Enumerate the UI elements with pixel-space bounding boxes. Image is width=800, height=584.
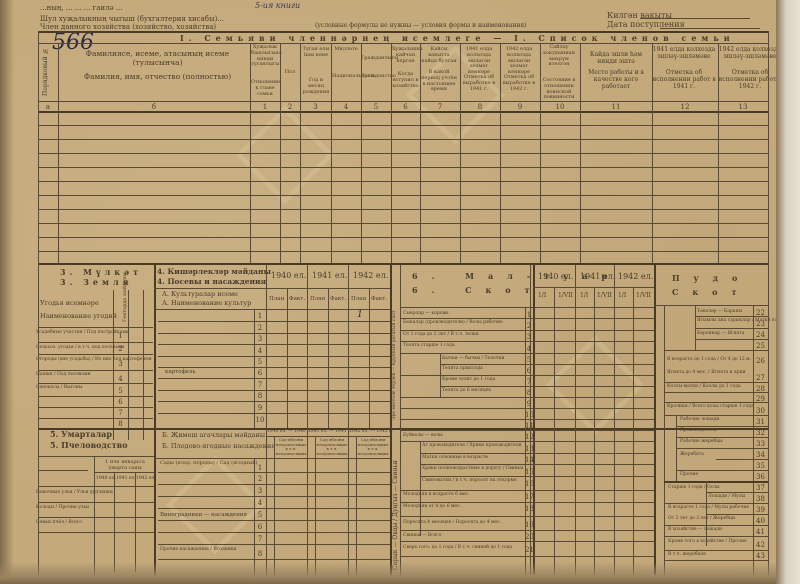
col-number: б (58, 103, 250, 111)
livestock2-row-num: 42 (753, 541, 768, 549)
crop-row-num: 8 (254, 392, 266, 400)
crop-row-num: 6 (254, 369, 266, 377)
col-number: 5 (361, 103, 391, 111)
section1-title: I. Семьяви членнәрнең исемлеге — I. Спис… (180, 34, 735, 43)
livestock2-row-label: Прочие (680, 472, 698, 477)
livestock-row-label: Телята старше 1 года (403, 343, 455, 348)
table-row (158, 559, 390, 560)
livestock2-row-num: 32 (753, 429, 768, 437)
table-row (38, 139, 768, 140)
grid-line (114, 472, 115, 572)
livestock-row-num: 21 (525, 546, 533, 554)
livestock-row-label: Телята до 6 месяцев (442, 388, 491, 393)
livestock-row-label: Бычки — бычки / Телочки (442, 356, 505, 361)
fruit-row-label: Сады (плод. породы) / Сад (ягодный) (160, 461, 258, 467)
livestock2-row-num: 31 (753, 418, 768, 426)
crop-row-num: 9 (254, 404, 266, 412)
crop-subcol: Факт. (330, 296, 346, 302)
fruit-subcol: Сад яблони плодоносящие в т.ч. плодонося… (275, 438, 307, 456)
grid-line (38, 470, 88, 471)
livestock-side-label: Эре мөгезле терлек — Крупный рогатый ско… (392, 300, 397, 420)
livestock2-row-num: 34 (753, 451, 768, 459)
col-b-header-ru: Фамилия, имя, отчество (полностью) (65, 73, 250, 82)
grid-line (664, 305, 665, 575)
livestock2-row-num: 38 (753, 495, 768, 503)
table-row (158, 321, 390, 322)
col-12-header-ru: Отметка об исполнении работ в 1941 г. (652, 70, 716, 91)
livestock2-row-label: Кроме того в хозяйстве / Прочие (668, 539, 747, 544)
table-row (420, 453, 654, 454)
col-number: 7 (420, 103, 460, 111)
table-row (716, 459, 768, 460)
col-8-header-tt: 1941 елда колхозда эшләгән хезмәт көннәр… (460, 47, 498, 76)
table-row (158, 344, 390, 345)
table-row (706, 492, 768, 493)
livestock-row-num: 2 (525, 322, 533, 330)
table-row (158, 333, 390, 334)
table-row (38, 251, 768, 252)
livestock2-row-num: 41 (753, 528, 768, 536)
table-row (38, 237, 768, 238)
livestock-row-label: Матки основные в возрасте (422, 455, 488, 460)
col-9-header-ru: Отметка об выработке в 1942 г. (500, 75, 538, 92)
section4-sub-ru: А. Наименование культур (162, 300, 251, 307)
livestock-row-num: 12 (525, 433, 533, 441)
table-row (400, 318, 654, 319)
fruit-year: 1941 ел. — 1941 г. (308, 429, 352, 434)
grid-line (307, 428, 308, 576)
table-row (38, 342, 153, 343)
livestock2-row-num: 30 (753, 407, 768, 415)
grid-line (695, 305, 696, 350)
col-number: 3 (300, 103, 331, 111)
col-1-header-tt: Хуҗалык башлыгына нинди туганлыгы (251, 45, 279, 68)
col-number: 9 (500, 103, 540, 111)
table-row (664, 402, 768, 403)
header-stamp: 5-ия книги (255, 1, 300, 10)
table-row (676, 426, 768, 427)
livestock2-row-num: 26 (753, 357, 768, 365)
table-row (420, 476, 654, 477)
fruit-row-num: 1 (254, 464, 266, 472)
grid-line (348, 265, 349, 428)
header-line-1: ...ның, ... ... ... гаилә ... (40, 4, 123, 12)
grid-line (369, 288, 370, 428)
livestock-year: 1941 ел. (580, 272, 615, 281)
table-row (664, 481, 768, 483)
table-row (664, 392, 768, 393)
fruit-row-num: 3 (254, 487, 266, 495)
livestock-row-num: 17 (525, 493, 533, 501)
table-row (664, 415, 768, 416)
table-row (400, 516, 654, 517)
livestock-row-num: 4 (525, 345, 533, 353)
crop-row-num: 5 (254, 358, 266, 366)
livestock-row-num: 19 (525, 521, 533, 529)
livestock2-row-label: В возрасте до 1 года / От 4 до 12 м. (667, 357, 751, 362)
land-row-num: 7 (113, 409, 128, 417)
section5b-title-tt: Б. Җимеш агачлары мәйданы (162, 432, 265, 439)
livestock2-row-num: 25 (753, 342, 768, 350)
livestock-row-label: Быкалар (производители) / Волы рабочие (403, 320, 503, 325)
col-11-header-ru: Место работы и в качестве кого работает (582, 70, 650, 91)
livestock2-row-label: Ягнята до 4 мес. / Ягнята и ярки (667, 370, 746, 375)
land-row-label: Сельхоз. угодья / в т.ч. под посевами (36, 345, 124, 350)
crop-year-1941: 1941 ел. (312, 271, 347, 280)
livestock2-row-label: В хозяйстве — лошади (668, 527, 722, 532)
table-row (38, 153, 768, 154)
livestock-row-num: 20 (525, 533, 533, 541)
fruit-row-num: 7 (254, 535, 266, 543)
livestock-row-num: 3 (525, 333, 533, 341)
livestock2-row-label: Старше 1 года / Ослы (668, 485, 720, 490)
col-a-header: Порядковый № (42, 46, 49, 96)
table-row (664, 560, 768, 561)
livestock2-row-label: Кролики / Всего козы старше 1 года (667, 404, 754, 409)
bees-row-label: Колоды / Прочие ульи (36, 505, 89, 510)
livestock-row-num: 16 (525, 480, 533, 488)
grid-line (266, 265, 267, 428)
col-number: 11 (580, 103, 652, 111)
bees-col-header: 1 нче январьга умарта саны (96, 460, 154, 472)
section6b-title-tt: Пудо (672, 274, 751, 283)
section6-title-ru: 6. Скот (412, 286, 544, 295)
livestock-subcol: 1/VII (558, 293, 573, 300)
livestock2-row-label: Рабочие лошади (680, 417, 719, 422)
table-row (420, 464, 654, 465)
grid-line (38, 456, 154, 457)
table-row (38, 223, 768, 224)
land-row-num: 1 (113, 332, 128, 340)
table-row (158, 508, 390, 509)
livestock-row-num: 14 (525, 456, 533, 464)
table-row (400, 353, 654, 354)
grid-line (135, 472, 136, 572)
table-row (158, 520, 390, 521)
col-number: 8 (460, 103, 500, 111)
table-row (158, 472, 390, 473)
crop-row-num: 2 (254, 324, 266, 332)
crop-row-num: 4 (254, 347, 266, 355)
livestock2-row-num: 36 (753, 473, 768, 481)
page-edge (776, 0, 800, 584)
table-row (158, 378, 390, 379)
livestock2-row-num: 37 (753, 484, 768, 492)
livestock2-row-num: 43 (753, 552, 768, 560)
col-number: 4 (331, 103, 361, 111)
section5-title-ru: 5. Пчеловодство (50, 441, 128, 450)
table-row (676, 470, 768, 471)
livestock2-row-num: 27 (753, 374, 768, 382)
livestock2-row-num: 39 (753, 506, 768, 514)
col-b-header-tt: Фамилиясе, исеме, атасының исеме (тулысы… (65, 50, 250, 67)
table-row (38, 195, 768, 196)
livestock2-row-num: 23 (753, 320, 768, 328)
grid-line (356, 436, 357, 576)
livestock-subcol: 1/VII (597, 293, 612, 300)
fruit-year: 1942 ел. — 1942 г. (349, 429, 393, 434)
livestock-subcol: 1/I (618, 293, 626, 300)
livestock-row-num: 18 (525, 505, 533, 513)
table-row (38, 517, 154, 518)
livestock-row-label: Молодняк от 4 до 6 мес. (403, 504, 461, 509)
livestock2-row-label: Лошади / Мулы (708, 494, 745, 499)
table-row (158, 367, 390, 368)
livestock2-row-num: 24 (753, 331, 768, 339)
livestock-row-num: 8 (525, 389, 533, 397)
livestock-row-label: Свиноматки / в т.ч. поросят на откорме (422, 478, 517, 483)
livestock-row-label: Хряки полновозрастные в дорогу / Свиньи (422, 466, 523, 471)
bees-row-label: Рамочные ульи / Ульи дуплянки (36, 490, 113, 495)
table-row (400, 556, 654, 557)
fruit-row-label: Прочие насаждения / Ягодники (160, 547, 237, 552)
col-7-header-tt: Кайсы вакытта кайда булган (420, 47, 458, 64)
land-row-num: 6 (113, 398, 128, 406)
table-row (400, 430, 654, 431)
livestock-row-num: 15 (525, 468, 533, 476)
livestock-row-label: Сыерлар — коровы (403, 311, 449, 316)
table-row (664, 503, 768, 504)
grid-line (328, 288, 329, 428)
col-4-header-tt: Милләте (332, 47, 360, 53)
livestock-row-num: 7 (525, 378, 533, 386)
livestock2-row-label: Жеребята (680, 452, 704, 457)
grid-line (676, 415, 677, 481)
livestock2-row-num: 40 (753, 517, 768, 525)
livestock-row-num: 13 (525, 445, 533, 453)
table-row (695, 328, 768, 329)
livestock-subcol: 1/I (580, 293, 588, 300)
fruit-subcol: Сад яблони плодоносящие в т.ч. плодонося… (357, 438, 389, 456)
section5b-title-ru: Б. Плодово-ягодные насаждения (162, 443, 275, 450)
torn-edge (0, 562, 776, 584)
section4-title-ru: 4. Посевы и насаждения (157, 278, 266, 287)
document-page: ...ның, ... ... ... гаилә ... 5-ия книги… (0, 0, 776, 584)
table-row (400, 330, 654, 331)
section4-sub-tt: А. Культуралар исеме (162, 291, 238, 298)
col-number-rule-bottom (38, 111, 768, 113)
livestock2-row-label: Козлы-матки / Козлы до 1 года (667, 384, 741, 389)
col-13-header-ru: Отметка об исполнении работ в 1942 г. (718, 70, 782, 91)
table-row (158, 413, 390, 414)
col-6-header-tt: Хуҗалыкка кайчан кергән (392, 47, 419, 64)
grid-line (315, 436, 316, 576)
col-2-header: Пол (280, 70, 300, 76)
section4-title-tt: 4. Кишәрлекләр мәйданы (157, 268, 271, 277)
table-row (38, 370, 153, 371)
grid-line (38, 486, 154, 487)
livestock-row-label: Поросята 4 месяцев / Поросята до 4 мес. (403, 520, 501, 525)
crop-year-1942: 1942 ел. (353, 271, 388, 280)
col-11-header-tt: Кайда эшли һәм нинди эштә (582, 52, 650, 66)
grid-line (154, 265, 156, 575)
col-1-header-ru: Отношение к главе семьи (251, 80, 279, 97)
table-row (664, 536, 768, 537)
col-number: 1 (250, 103, 280, 111)
table-row (400, 530, 654, 531)
grid-line (654, 305, 768, 306)
table-row (440, 364, 654, 365)
land-row-num: 3 (113, 360, 128, 368)
table-row (158, 496, 390, 497)
col-3-header-ru: Год и месяц рождения (301, 78, 331, 95)
arrival-underline (640, 18, 750, 19)
fruit-row-num: 2 (254, 475, 266, 483)
grid-line (274, 436, 275, 576)
livestock-row-label: Ат производителе / Хряки производители (422, 443, 522, 448)
crop-row-num: 3 (254, 335, 266, 343)
table-row (400, 541, 654, 542)
col-10-header-ru: Состояние в отношении воинской повинност… (540, 78, 578, 101)
table-row (158, 390, 390, 391)
livestock-row-label: Свиньи — Всего (403, 533, 441, 538)
livestock-subcol: 1/I (538, 293, 546, 300)
crop-year-1940: 1940 ел. (271, 271, 306, 280)
page-shadow (0, 0, 14, 584)
grid-line (266, 428, 267, 576)
livestock2-row-num: 33 (753, 440, 768, 448)
col-9-header-tt: 1942 елда колхозда эшләгән хезмәт көннәр… (500, 47, 538, 76)
section6b-title-ru: Скот (672, 288, 750, 297)
land-row-num: 5 (113, 387, 128, 395)
grid-line (154, 458, 390, 459)
table-row (400, 502, 654, 503)
grid-line (38, 31, 39, 576)
livestock-year: 1942 ел. (618, 272, 653, 281)
table-row (38, 181, 768, 182)
arrival-underline (660, 28, 760, 29)
fruit-row-num: 6 (254, 523, 266, 531)
livestock-row-num: 5 (525, 356, 533, 364)
col-12-header-tt: 1941 елда колхозда эшләү-эшләмәве (652, 47, 716, 61)
table-row (400, 490, 654, 491)
livestock-subcol: 1/VII (636, 293, 651, 300)
grid-line (614, 265, 615, 575)
header-line-2: Шул хуҗалыкның чыгыш (бухгалтерия хисабы… (40, 15, 224, 23)
crop-subcol: План (351, 296, 366, 302)
table-row (38, 407, 153, 408)
section3-title-tt: 3. Мүлкәт (60, 268, 142, 277)
table-row (440, 386, 654, 387)
table-row (676, 437, 768, 438)
land-row-num: 8 (113, 420, 128, 428)
table-row (38, 418, 153, 419)
crop-row-label: картофель (165, 369, 196, 375)
livestock-row-label: Кроме телят до 1 года (442, 377, 495, 382)
table-row (158, 484, 390, 485)
grid-line (575, 265, 576, 575)
table-row (664, 550, 768, 551)
crop-row-num: 10 (254, 416, 266, 424)
crop-subcol: План (310, 296, 325, 302)
table-row (38, 502, 154, 503)
relation-note: (условные формулы не нужны — условия фор… (315, 23, 526, 30)
section1-title-rule (38, 43, 768, 44)
crop-row-num: 7 (254, 381, 266, 389)
table-row (695, 339, 768, 340)
table-row (38, 167, 768, 168)
livestock2-row-num: 35 (753, 462, 768, 470)
col-number-rule-top (38, 101, 768, 102)
land-row-label: Пашня / Под посевами (36, 372, 90, 377)
table-row (400, 408, 654, 409)
col-4-header-ru: Национальность (332, 74, 360, 80)
col-5-header-tt: Гражданлыгы (361, 56, 391, 62)
livestock2-row-label: В возрасте 1 года / Мулы рабочие (668, 505, 749, 510)
table-row (38, 209, 768, 210)
livestock-row-num: 6 (525, 367, 533, 375)
table-row (38, 532, 154, 533)
table-row (158, 532, 390, 533)
livestock2-row-label: От 2 лет до 3 лет / Жеребцы (668, 516, 735, 521)
bees-subcol: 1940 ел. (96, 476, 116, 481)
livestock2-row-label: Рабочие жеребцы (680, 439, 723, 444)
table-row (400, 397, 654, 398)
table-row (400, 341, 654, 342)
grid-line (154, 309, 390, 310)
livestock-row-num: 9 (525, 400, 533, 408)
table-row (158, 401, 390, 402)
fruit-subcol: Сад яблони плодоносящие в т.ч. плодонося… (316, 438, 348, 456)
watermark (166, 456, 265, 555)
section3-col-tt: Угодья исемнәре (40, 300, 99, 307)
col-6-header-ru: Когда вступил в хозяйство (392, 72, 419, 89)
grid-line (154, 288, 266, 289)
livestock-row-num: 11 (525, 422, 533, 430)
col-5-header-ru: Гражданство (361, 74, 391, 80)
col-3-header-tt: Туган елы һәм көне (301, 47, 331, 59)
col-number: 13 (718, 103, 768, 111)
table-row (38, 396, 153, 397)
livestock-row-label: Сверх того: до 1 года / В т.ч. свиней до… (403, 545, 512, 550)
col-number: 12 (652, 103, 718, 111)
livestock-row-num: 10 (525, 411, 533, 419)
livestock2-row-label: Тәкәләр — Бараны (697, 309, 742, 314)
table-row (400, 419, 654, 420)
land-row-num: 2 (113, 345, 128, 353)
table-row (664, 350, 768, 351)
grid-line (348, 428, 349, 576)
livestock2-row-label: Производители (680, 428, 717, 433)
fruit-year: 1940 ел. — 1940 г. (267, 429, 311, 434)
grid-line (400, 307, 654, 308)
grid-line (287, 288, 288, 428)
table-row (38, 383, 153, 384)
col-8-header-ru: Отметка об выработке в 1941 г. (460, 75, 498, 92)
livestock2-row-label: В т.ч. жеребцов (668, 552, 706, 557)
col-10-header-tt: Сайлау хокукыннан мәхрүм ителгән (540, 45, 578, 68)
table-row (400, 375, 654, 376)
fruit-row-num: 8 (254, 550, 266, 558)
table-row (38, 125, 768, 126)
land-row-label: Огороды (вне усадьбы) / Из них под карто… (36, 357, 151, 362)
livestock-row-label: От 1 года до 2 лет / В т.ч. телки (403, 332, 479, 337)
grid-line (400, 265, 401, 575)
table-row (706, 514, 768, 515)
crop-row-num: 1 (254, 312, 266, 320)
section1-bottom-rule (38, 263, 768, 265)
col-number: 10 (540, 103, 580, 111)
table-row (664, 382, 768, 383)
grid-line (94, 472, 154, 473)
land-row-label: Сенокосы / Выгоны (36, 385, 82, 390)
grid-line (654, 265, 656, 575)
crop-subcol: Факт. (371, 296, 387, 302)
table-row (400, 441, 654, 442)
land-row-num: 4 (113, 375, 128, 383)
livestock2-row-label: Бәрәннәр — Ягнята (697, 331, 744, 336)
livestock-row-label: Буйволы — волы (403, 433, 443, 438)
